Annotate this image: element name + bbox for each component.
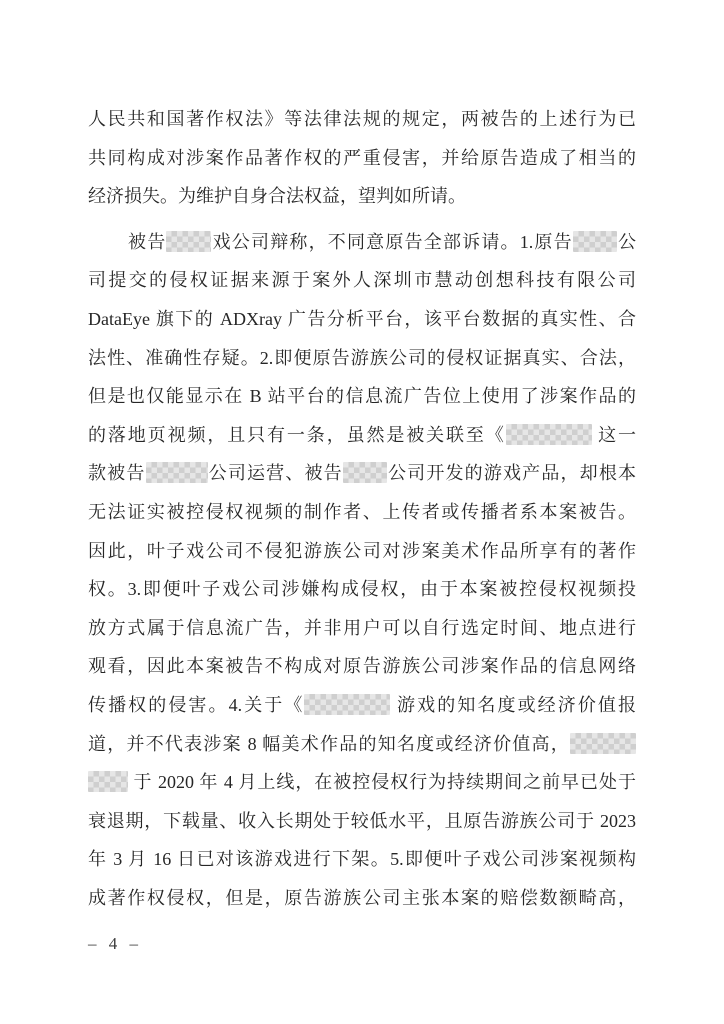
redaction-block [304,694,390,715]
text-line: 衰退期，下载量、收入长期处于较低水平，且原告游族公司于 2023 [88,802,636,841]
text-line: 的落地页视频，且只有一条，虽然是被关联至《 这一 [88,416,636,455]
text-segment: 传播权的侵害。4.关于《 [88,695,304,715]
text-segment: 人民共和国著作权法》等法律法规的规定，两被告的上述行为已 [88,109,636,129]
text-segment: 的落地页视频，且只有一条，虽然是被关联至《 [88,425,506,445]
text-segment: 司提交的侵权证据来源于案外人深圳市慧动创想科技有限公司 [88,270,636,290]
text-line: 于 2020 年 4 月上线，在被控侵权行为持续期间之前早已处于 [88,763,636,802]
text-segment: 成著作权侵权，但是，原告游族公司主张本案的赔偿数额畸高， [88,888,636,908]
text-line: 成著作权侵权，但是，原告游族公司主张本案的赔偿数额畸高， [88,879,636,918]
text-line: 经济损失。为维护自身合法权益，望判如所请。 [88,177,636,216]
text-segment: 放方式属于信息流广告，并非用户可以自行选定时间、地点进行 [88,618,636,638]
text-line: 观看，因此本案被告不构成对原告游族公司涉案作品的信息网络 [88,647,636,686]
text-segment: 观看，因此本案被告不构成对原告游族公司涉案作品的信息网络 [88,656,636,676]
text-segment: 因此，叶子戏公司不侵犯游族公司对涉案美术作品所享有的著作 [88,541,636,561]
text-segment: DataEye 旗下的 ADXray 广告分析平台，该平台数据的真实性、合 [88,309,636,329]
text-segment: 年 3 月 16 日已对该游戏进行下架。5.即便叶子戏公司涉案视频构 [88,849,636,869]
redaction-block [506,424,592,445]
text-line: 被告戏公司辩称，不同意原告全部诉请。1.原告公 [88,223,636,262]
text-line: 司提交的侵权证据来源于案外人深圳市慧动创想科技有限公司 [88,261,636,300]
redaction-block [88,771,128,792]
text-line: 权。3.即便叶子戏公司涉嫌构成侵权，由于本案被控侵权视频投 [88,570,636,609]
text-line: 无法证实被控侵权视频的制作者、上传者或传播者系本案被告。 [88,493,636,532]
text-segment: 无法证实被控侵权视频的制作者、上传者或传播者系本案被告。 [88,502,636,522]
text-line: 法性、准确性存疑。2.即便原告游族公司的侵权证据真实、合法， [88,339,636,378]
text-line: 因此，叶子戏公司不侵犯游族公司对涉案美术作品所享有的著作 [88,532,636,571]
text-segment: 道，并不代表涉案 8 幅美术作品的知名度或经济价值高， [88,734,570,754]
text-line: 年 3 月 16 日已对该游戏进行下架。5.即便叶子戏公司涉案视频构 [88,840,636,879]
redaction-block [146,462,208,483]
text-segment: 共同构成对涉案作品著作权的严重侵害，并给原告造成了相当的 [88,148,636,168]
redaction-block [573,231,617,252]
text-segment: 公 [617,232,636,252]
text-line: 放方式属于信息流广告，并非用户可以自行选定时间、地点进行 [88,609,636,648]
text-line: 传播权的侵害。4.关于《 游戏的知名度或经济价值报 [88,686,636,725]
text-segment: 这一 [592,425,636,445]
text-segment: 公司开发的游戏产品，却根本 [387,463,636,483]
text-segment: 于 2020 年 4 月上线，在被控侵权行为持续期间之前早已处于 [128,772,636,792]
text-segment: 款被告 [88,463,146,483]
text-segment: 但是也仅能显示在 B 站平台的信息流广告位上使用了涉案作品的 [88,386,636,406]
text-segment: 经济损失。为维护自身合法权益，望判如所请。 [88,186,466,206]
text-segment: 权。3.即便叶子戏公司涉嫌构成侵权，由于本案被控侵权视频投 [88,579,636,599]
redaction-block [570,733,636,754]
text-segment: 公司运营、被告 [208,463,343,483]
document-page: 人民共和国著作权法》等法律法规的规定，两被告的上述行为已共同构成对涉案作品著作权… [0,0,724,1024]
text-line: 共同构成对涉案作品著作权的严重侵害，并给原告造成了相当的 [88,139,636,178]
text-segment: 法性、准确性存疑。2.即便原告游族公司的侵权证据真实、合法， [88,348,636,368]
document-body: 人民共和国著作权法》等法律法规的规定，两被告的上述行为已共同构成对涉案作品著作权… [88,100,636,917]
text-line: 人民共和国著作权法》等法律法规的规定，两被告的上述行为已 [88,100,636,139]
text-line: 款被告公司运营、被告公司开发的游戏产品，却根本 [88,454,636,493]
text-line: 道，并不代表涉案 8 幅美术作品的知名度或经济价值高， [88,725,636,764]
text-line: 但是也仅能显示在 B 站平台的信息流广告位上使用了涉案作品的 [88,377,636,416]
text-segment: 游戏的知名度或经济价值报 [390,695,636,715]
text-segment: 被告 [128,232,166,252]
text-segment: 戏公司辩称，不同意原告全部诉请。1.原告 [211,232,572,252]
redaction-block [343,462,387,483]
page-number: – 4 – [88,934,142,954]
text-line: DataEye 旗下的 ADXray 广告分析平台，该平台数据的真实性、合 [88,300,636,339]
text-segment: 衰退期，下载量、收入长期处于较低水平，且原告游族公司于 2023 [88,811,636,831]
redaction-block [166,231,211,252]
